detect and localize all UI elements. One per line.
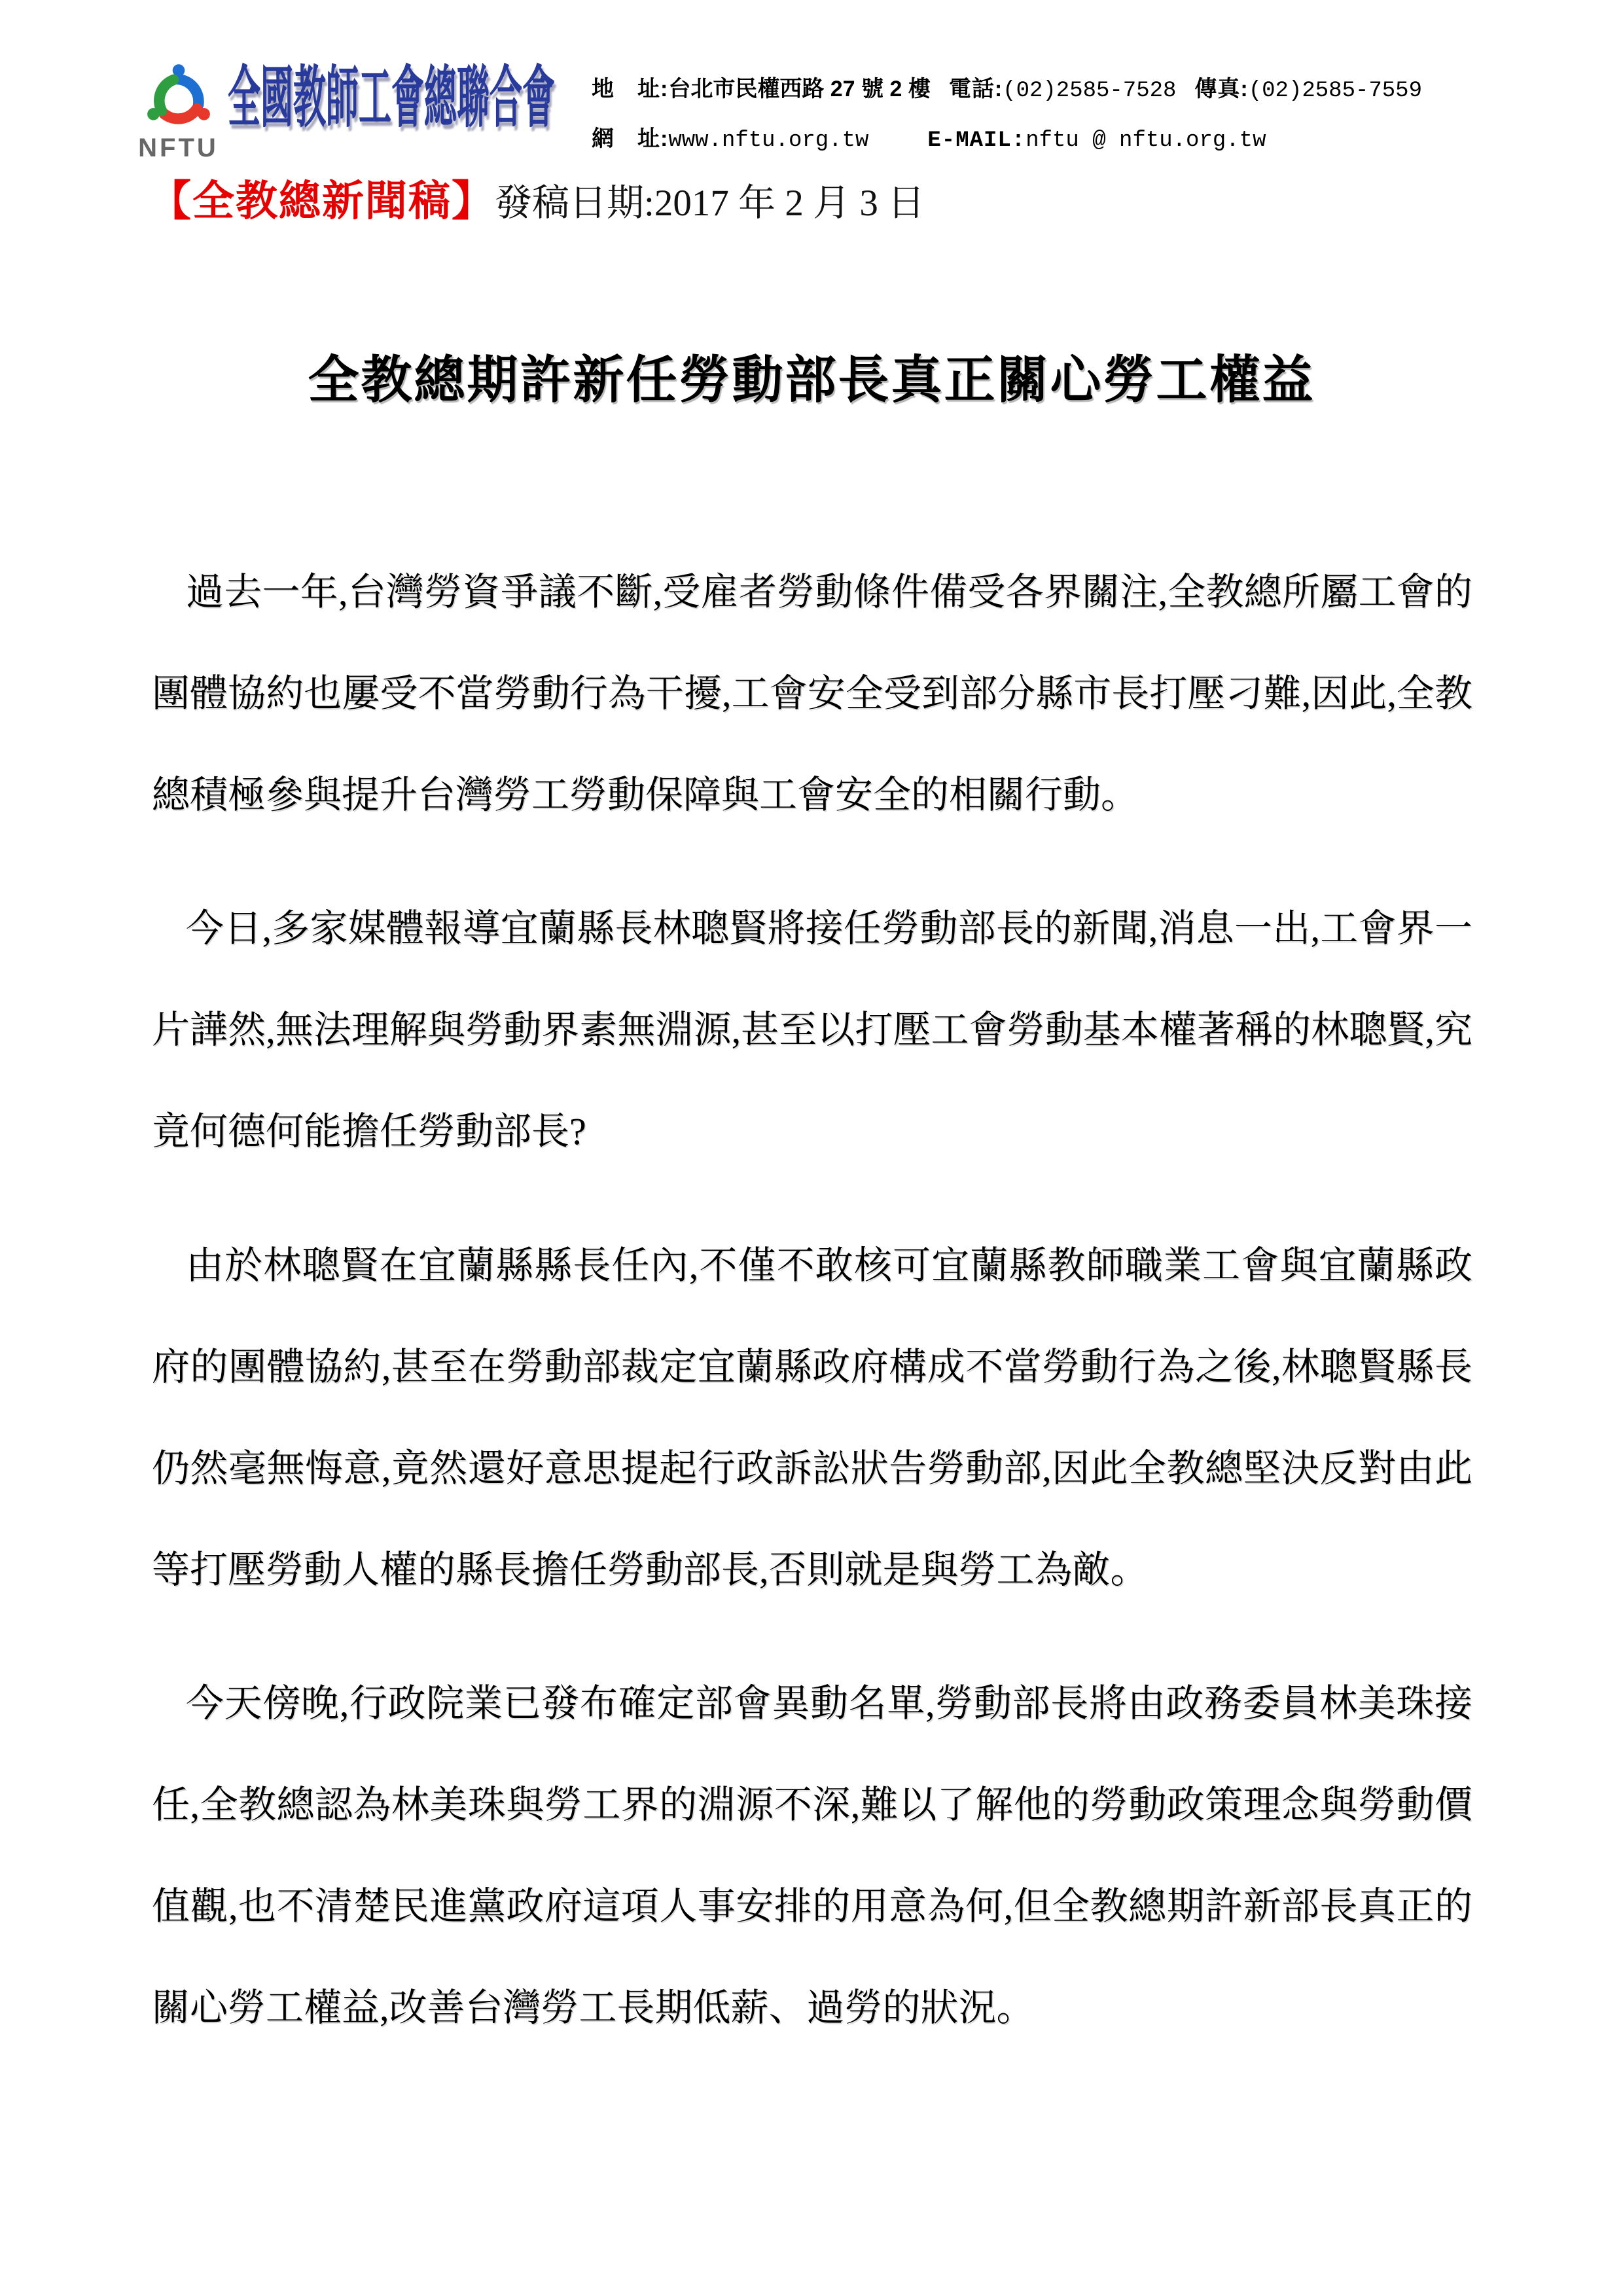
email-value: nftu @ nftu.org.tw [1026,128,1266,153]
address-value: 台北市民權西路 27 號 2 樓 [668,77,931,101]
website-pair: 網 址:www.nftu.org.tw [592,126,868,151]
press-release-tagline: 【全教總新聞稿】發稿日期:2017 年 2 月 3 日 [0,168,1623,228]
website-label: 網 址: [592,126,668,151]
body-paragraph-2: 今日,多家媒體報導宜蘭縣長林聰賢將接任勞動部長的新聞,消息一出,工會界一片譁然,… [152,878,1472,1183]
phone-pair: 電話:(02)2585-7528 [949,77,1177,101]
email-pair: E-MAIL:nftu @ nftu.org.tw [927,126,1266,151]
fax-pair: 傳真:(02)2585-7559 [1194,77,1422,101]
contact-row-1: 地 址:台北市民權西路 27 號 2 樓電話:(02)2585-7528傳真:(… [592,65,1422,115]
body-paragraph-1: 過去一年,台灣勞資爭議不斷,受雇者勞動條件備受各界關注,全教總所屬工會的團體協約… [152,542,1472,846]
address-pair: 地 址:台北市民權西路 27 號 2 樓 [592,77,931,101]
email-label: E-MAIL: [927,128,1026,153]
document-body: 全教總期許新任勞動部長真正關心勞工權益 過去一年,台灣勞資爭議不斷,受雇者勞動條… [0,350,1623,2059]
fax-value: (02)2585-7559 [1249,79,1422,103]
fax-label: 傳真: [1194,77,1248,101]
website-value: www.nftu.org.tw [668,128,868,153]
contact-row-2: 網 址:www.nftu.org.twE-MAIL:nftu @ nftu.or… [592,115,1422,165]
body-paragraph-4: 今天傍晚,行政院業已發布確定部會異動名單,勞動部長將由政務委員林美珠接任,全教總… [152,1653,1472,2058]
address-label: 地 址: [592,77,668,101]
org-name-calligraphy: 全國教師工會總聯合會 [228,62,555,135]
triskelion-figures-icon [134,60,223,136]
org-logo: NFTU 全國教師工會總聯合會 [134,60,555,161]
document-title: 全教總期許新任勞動部長真正關心勞工權益 [152,350,1471,411]
body-paragraphs: 過去一年,台灣勞資爭議不斷,受雇者勞動條件備受各界關注,全教總所屬工會的團體協約… [152,542,1472,2059]
phone-label: 電話: [949,77,1003,101]
release-date-label: 發稿日期: [495,183,654,224]
contact-info: 地 址:台北市民權西路 27 號 2 樓電話:(02)2585-7528傳真:(… [592,60,1422,165]
press-release-page: NFTU 全國教師工會總聯合會 地 址:台北市民權西路 27 號 2 樓電話:(… [0,0,1623,2296]
masthead: NFTU 全國教師工會總聯合會 地 址:台北市民權西路 27 號 2 樓電話:(… [0,0,1623,165]
phone-value: (02)2585-7528 [1003,79,1176,103]
release-date-value: 2017 年 2 月 3 日 [654,183,925,224]
press-release-tag: 【全教總新聞稿】 [149,178,495,224]
nftu-logo-mark: NFTU [134,60,223,161]
nftu-abbr-label: NFTU [134,135,223,161]
body-paragraph-3: 由於林聰賢在宜蘭縣縣長任內,不僅不敢核可宜蘭縣教師職業工會與宜蘭縣政府的團體協約… [152,1215,1472,1621]
